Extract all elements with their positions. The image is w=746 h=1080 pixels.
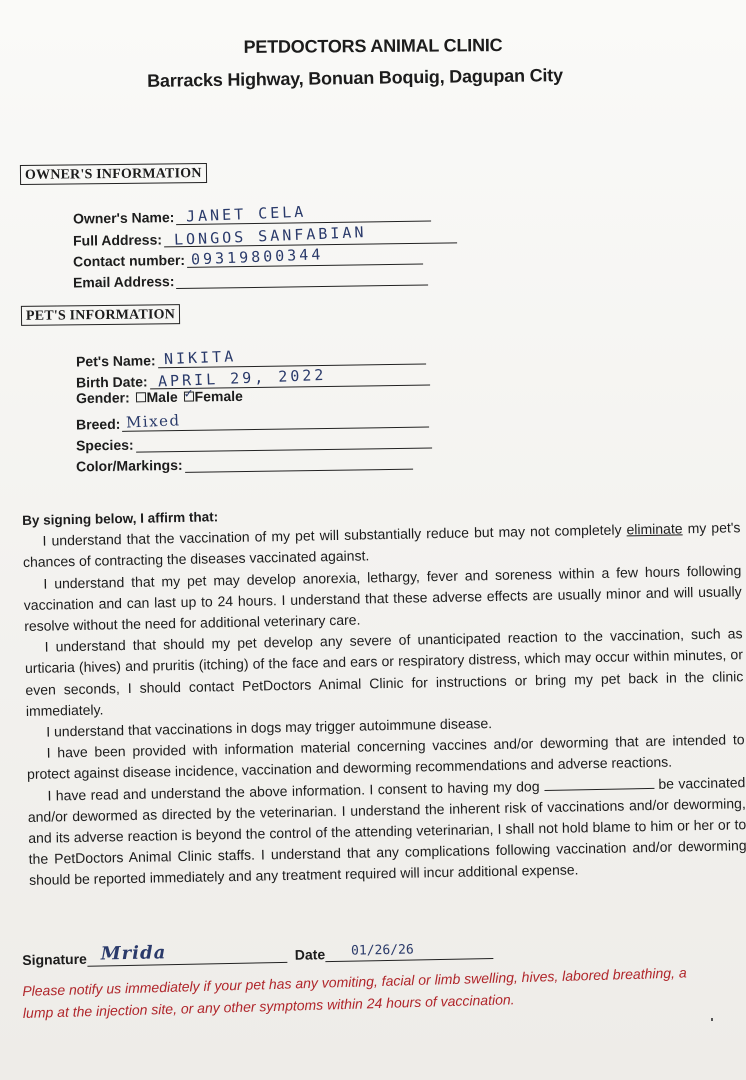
color-markings-field[interactable]: Color/Markings: [76,453,413,475]
owner-name-field[interactable]: Owner's Name: JANET CELA [73,204,432,226]
signature-label: Signature [22,951,87,968]
paper-speck [711,1018,713,1021]
breed-label: Breed: [76,416,121,433]
contact-number-field[interactable]: Contact number: 09319800344 [73,248,423,270]
affirmation-paragraph: I understand that should my pet develop … [24,623,743,722]
pet-name-value: NIKITA [163,347,236,368]
male-label: Male [146,389,177,405]
underlined-word: eliminate [626,521,682,538]
signature-line[interactable]: Mrida [87,940,287,967]
pet-name-field[interactable]: Pet's Name: NIKITA [76,348,426,370]
clinic-name: PETDOCTORS ANIMAL CLINIC [0,33,746,59]
date-label: Date [295,946,326,963]
species-field[interactable]: Species: [76,432,432,454]
contact-number-value: 09319800344 [191,245,324,268]
gender-label: Gender: [76,389,130,406]
email-label: Email Address: [73,273,175,290]
owner-section-title: OWNER'S INFORMATION [20,163,207,185]
pet-name-label: Pet's Name: [76,352,156,369]
signature-value: Mrida [101,942,167,964]
full-address-value: LONGOS SANFABIAN [174,223,367,249]
species-label: Species: [76,437,134,454]
owner-name-value: JANET CELA [186,203,307,226]
breed-value: Mixed [126,411,181,431]
date-value: 01/26/26 [351,942,414,958]
affirmation-paragraph: I have read and understand the above inf… [27,772,746,892]
color-markings-label: Color/Markings: [76,457,183,474]
email-field[interactable]: Email Address: [73,269,429,291]
consent-form-page: PETDOCTORS ANIMAL CLINIC Barracks Highwa… [0,0,746,1080]
signature-row: Signature Mrida Date 01/26/26 [22,936,493,968]
full-address-label: Full Address: [73,231,162,248]
owner-name-label: Owner's Name: [73,209,175,226]
date-line[interactable]: 01/26/26 [325,936,493,962]
male-checkbox[interactable] [136,392,146,402]
breed-field[interactable]: Breed: Mixed [76,411,430,433]
clinic-address: Barracks Highway, Bonuan Boquig, Dagupan… [0,63,710,94]
affirmation-text: By signing below, I affirm that: I under… [22,496,746,891]
notice-text: Please notify us immediately if your pet… [22,961,703,1024]
contact-number-label: Contact number: [73,252,185,270]
birth-date-field[interactable]: Birth Date: APRIL 29, 2022 [76,369,430,391]
gender-field: Gender: Male Female [76,388,243,406]
dog-name-blank[interactable] [544,776,654,791]
birth-date-label: Birth Date: [76,373,148,390]
female-label: Female [194,388,242,405]
female-checkbox[interactable] [184,392,194,402]
pet-section-title: PET'S INFORMATION [21,304,180,326]
full-address-field[interactable]: Full Address: LONGOS SANFABIAN [73,226,457,248]
